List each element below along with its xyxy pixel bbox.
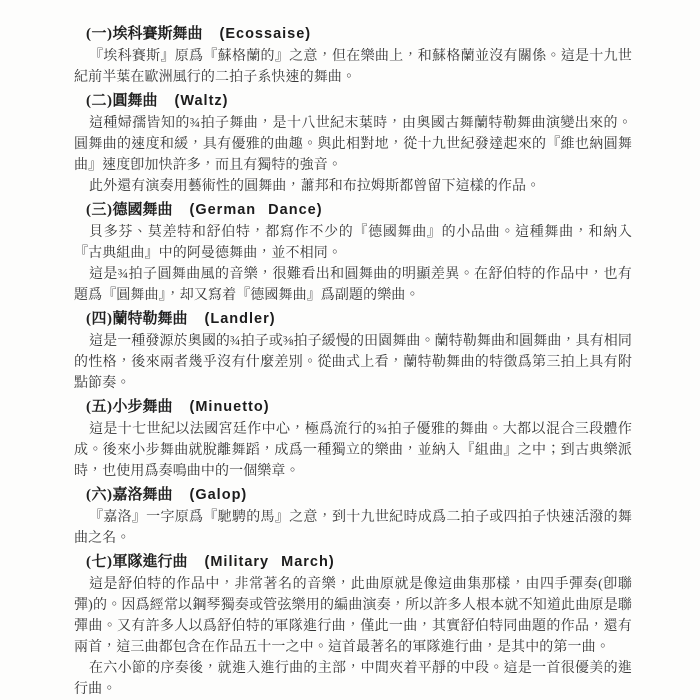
section-heading: (二)圓舞曲(Waltz) xyxy=(74,90,632,113)
section-index: (一) xyxy=(86,26,113,42)
paragraph: 貝多芬、莫差特和舒伯特，都寫作不少的『德國舞曲』的小品曲。這種舞曲，和納入『古典… xyxy=(74,222,632,264)
section-title-zh: 德國舞曲 xyxy=(113,202,173,218)
section-index: (六) xyxy=(86,487,113,503)
section-title-zh: 圓舞曲 xyxy=(113,93,158,109)
paragraph: 在六小節的序奏後，就進入進行曲的主部，中間夾着平靜的中段。這是一首很優美的進行曲… xyxy=(74,658,632,700)
section-heading: (七)軍隊進行曲(Military March) xyxy=(74,551,632,574)
paragraph: 這是¾拍子圓舞曲風的音樂，很難看出和圓舞曲的明顯差異。在舒伯特的作品中，也有題爲… xyxy=(74,264,632,306)
section-index: (七) xyxy=(86,554,113,570)
section: (七)軍隊進行曲(Military March) 這是舒伯特的作品中，非常著名的… xyxy=(74,551,632,700)
paragraph: 『嘉洛』一字原爲『馳騁的馬』之意，到十九世紀時成爲二拍子或四拍子快速活潑的舞曲之… xyxy=(74,507,632,549)
section-heading: (一)埃科賽斯舞曲(Ecossaise) xyxy=(74,23,632,46)
section-heading: (三)德國舞曲(German Dance) xyxy=(74,199,632,222)
section-index: (四) xyxy=(86,311,113,327)
section-heading: (六)嘉洛舞曲(Galop) xyxy=(74,484,632,507)
section: (一)埃科賽斯舞曲(Ecossaise) 『埃科賽斯』原爲『蘇格蘭的』之意，但在… xyxy=(74,23,632,88)
paragraph: 『埃科賽斯』原爲『蘇格蘭的』之意，但在樂曲上，和蘇格蘭並沒有關係。這是十九世紀前… xyxy=(74,46,632,88)
section-title-zh: 埃科賽斯舞曲 xyxy=(113,26,203,42)
section-title-en: (Galop) xyxy=(190,487,248,503)
section-title-en: (Waltz) xyxy=(175,93,229,109)
paragraph: 這是舒伯特的作品中，非常著名的音樂，此曲原就是像這曲集那樣，由四手彈奏(卽聯彈)… xyxy=(74,574,632,658)
paragraph: 這種婦孺皆知的¾拍子舞曲，是十八世紀末葉時，由奧國古舞蘭特勒舞曲演變出來的。圓舞… xyxy=(74,113,632,176)
section-index: (五) xyxy=(86,399,113,415)
section-title-zh: 蘭特勒舞曲 xyxy=(113,311,188,327)
section-heading: (四)蘭特勒舞曲(Landler) xyxy=(74,308,632,331)
section-title-zh: 軍隊進行曲 xyxy=(113,554,188,570)
paragraph: 這是十七世紀以法國宮廷作中心，極爲流行的¾拍子優雅的舞曲。大都以混合三段體作成。… xyxy=(74,419,632,482)
paragraph: 此外還有演奏用藝術性的圓舞曲，蕭邦和布拉姆斯都曾留下這樣的作品。 xyxy=(74,176,632,197)
section: (六)嘉洛舞曲(Galop) 『嘉洛』一字原爲『馳騁的馬』之意，到十九世紀時成爲… xyxy=(74,484,632,549)
section-title-zh: 小步舞曲 xyxy=(113,399,173,415)
section-title-zh: 嘉洛舞曲 xyxy=(113,487,173,503)
section: (五)小步舞曲(Minuetto) 這是十七世紀以法國宮廷作中心，極爲流行的¾拍… xyxy=(74,396,632,482)
paragraph: 這是一種發源於奧國的¾拍子或⅜拍子緩慢的田園舞曲。蘭特勒舞曲和圓舞曲，具有相同的… xyxy=(74,331,632,394)
section-index: (二) xyxy=(86,93,113,109)
section: (三)德國舞曲(German Dance) 貝多芬、莫差特和舒伯特，都寫作不少的… xyxy=(74,199,632,306)
section-title-en: (Landler) xyxy=(205,311,276,327)
section: (二)圓舞曲(Waltz) 這種婦孺皆知的¾拍子舞曲，是十八世紀末葉時，由奧國古… xyxy=(74,90,632,197)
section: (四)蘭特勒舞曲(Landler) 這是一種發源於奧國的¾拍子或⅜拍子緩慢的田園… xyxy=(74,308,632,394)
section-title-en: (German Dance) xyxy=(190,202,323,218)
document-body: (一)埃科賽斯舞曲(Ecossaise) 『埃科賽斯』原爲『蘇格蘭的』之意，但在… xyxy=(74,23,632,700)
scanned-document-page: (一)埃科賽斯舞曲(Ecossaise) 『埃科賽斯』原爲『蘇格蘭的』之意，但在… xyxy=(0,0,700,700)
section-index: (三) xyxy=(86,202,113,218)
section-title-en: (Ecossaise) xyxy=(220,26,312,42)
section-title-en: (Military March) xyxy=(205,554,335,570)
section-heading: (五)小步舞曲(Minuetto) xyxy=(74,396,632,419)
section-title-en: (Minuetto) xyxy=(190,399,270,415)
